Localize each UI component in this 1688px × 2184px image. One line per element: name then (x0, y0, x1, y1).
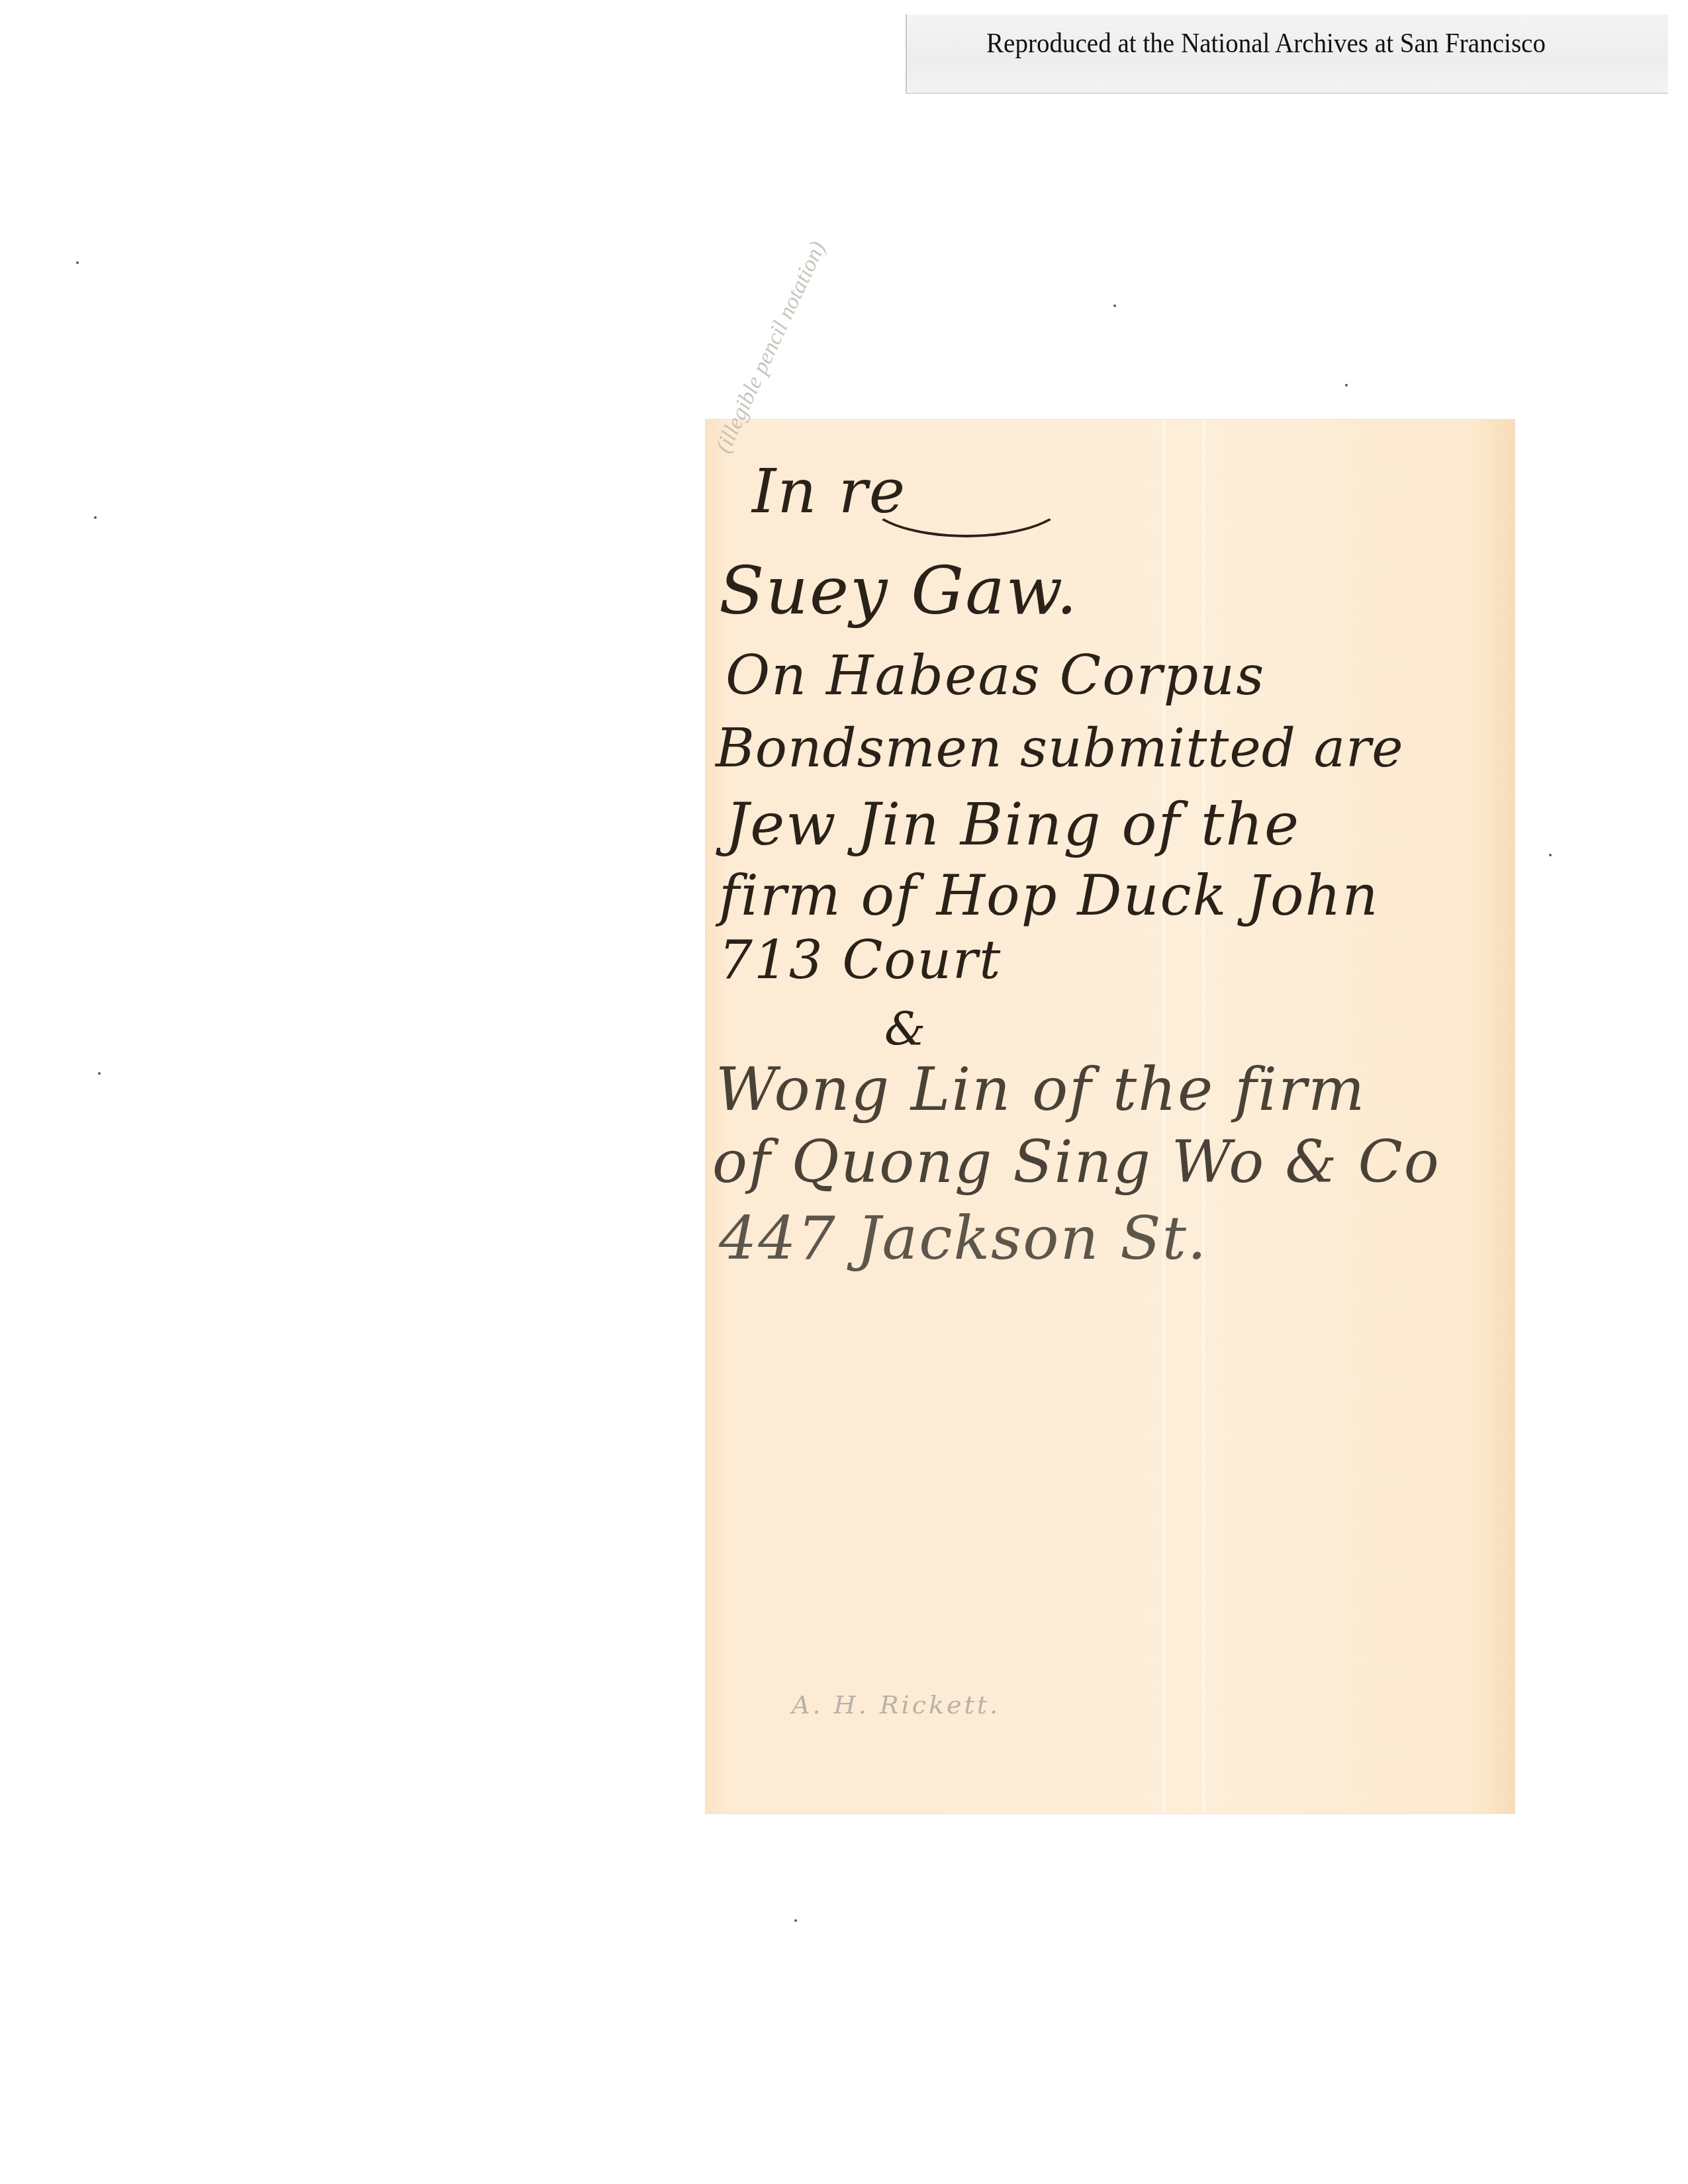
scan-speck (94, 516, 97, 519)
scan-speck (76, 261, 79, 264)
bondsmen-heading: Bondsmen submitted are (716, 717, 1404, 779)
bondsman-2-address: 447 Jackson St. (719, 1204, 1207, 1273)
proceeding-type: On Habeas Corpus (726, 645, 1265, 707)
margin-pencil-note: (illegible pencil notation) (711, 238, 831, 457)
scan-speck (794, 1919, 797, 1922)
ampersand: & (884, 1002, 927, 1056)
archive-banner-text: Reproduced at the National Archives at S… (986, 28, 1546, 60)
flourish (865, 459, 1068, 537)
bondsman-2-firm: of Quong Sing Wo & Co (712, 1128, 1440, 1196)
scan-speck (1113, 304, 1116, 307)
petitioner-name: Suey Gaw. (719, 552, 1078, 629)
bondsman-1-address: 713 Court (719, 929, 1002, 991)
scan-speck (1345, 384, 1348, 387)
bondsman-1-name: Jew Jin Bing of the (726, 790, 1300, 858)
scan-speck (1549, 854, 1552, 856)
scan-speck (98, 1072, 101, 1075)
archive-reproduction-banner: Reproduced at the National Archives at S… (906, 15, 1668, 93)
stationer-stamp: A. H. Rickett. (792, 1690, 1000, 1719)
handwritten-document-page: (illegible pencil notation) In re Suey G… (706, 420, 1515, 1813)
bondsman-2-name: Wong Lin of the firm (716, 1055, 1366, 1124)
bondsman-1-firm: firm of Hop Duck John (719, 863, 1380, 928)
